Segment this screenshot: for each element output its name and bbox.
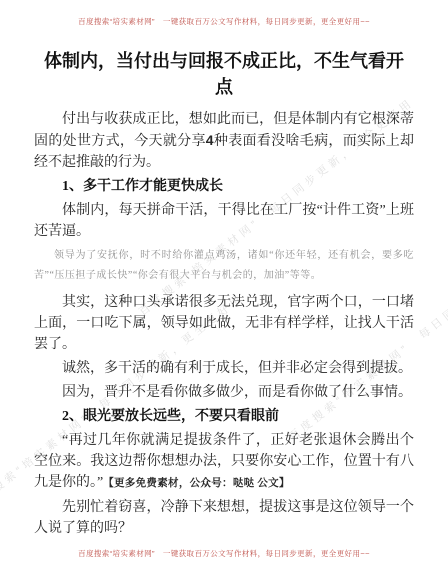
section-heading-2: 2、眼光要放长远些，不要只看眼前 [34, 406, 414, 427]
paragraph: 其实，这种口头承诺很多无法兑现，官字两个口，一口堵上面，一口吃下属，领导如此做，… [34, 292, 414, 355]
paragraph: 先别忙着窃喜，冷静下来想想，提拔这事是这位领导一个人说了算的吗？ [34, 497, 414, 539]
article-body: 体制内，当付出与回报不成正比，不生气看开点 付出与收获成正比，想如此而已，但是体… [34, 48, 414, 542]
section-heading-1: 1、多干工作才能更快成长 [34, 176, 414, 197]
document-page: 百度搜索“培实素材网” 一键获取百万公文写作材料，每日同步更新，更全更好用~~ … [0, 0, 448, 580]
promo-note: 【更多免费素材，公众号：哒哒 公文】 [103, 478, 290, 489]
paragraph-with-note: “再过几年你就满足提拔条件了，正好老张退休会腾出个空位来。我这边帮你想想办法，只… [34, 430, 414, 494]
paragraph: 因为，晋升不是看你做多做少，而是看你做了什么事情。 [34, 382, 414, 403]
footer-promo-text: 百度搜索“培实素材网” 一键获取百万公文写作材料，每日同步更新，更全更好用~~ [0, 548, 448, 559]
paragraph: 体制内，每天拼命干活，干得比在工厂按“计件工资”上班还苦逼。 [34, 200, 414, 242]
quote-paragraph: 领导为了安抚你，时不时给你灌点鸡汤，诸如“你还年轻，还有机会，要多吃苦”“压压担… [34, 246, 414, 286]
header-promo-text: 百度搜索“培实素材网” 一键获取百万公文写作材料，每日同步更新，更全更好用~~ [0, 16, 448, 27]
bold-number: 4 [206, 132, 214, 148]
paragraph: 诚然，多干活的确有利于成长，但并非必定会得到提拔。 [34, 358, 414, 379]
paragraph-intro: 付出与收获成正比，想如此而已，但是体制内有它根深蒂固的处世方式，今天就分享4种表… [34, 109, 414, 173]
article-title: 体制内，当付出与回报不成正比，不生气看开点 [39, 48, 409, 100]
